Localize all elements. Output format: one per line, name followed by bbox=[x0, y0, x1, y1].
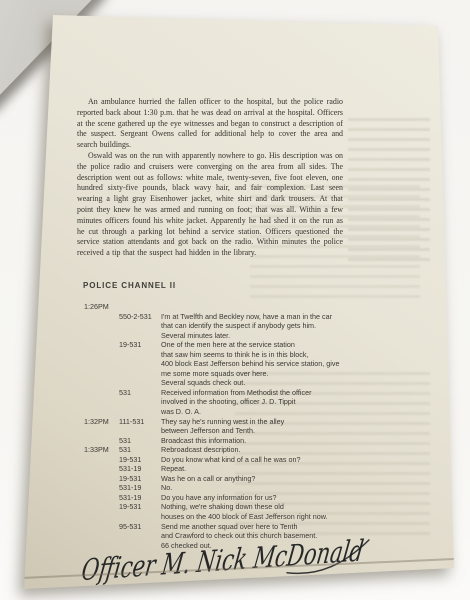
transcript-message: Several squads check out. bbox=[161, 378, 442, 388]
transcript-unit: 19-531 bbox=[119, 340, 161, 350]
transcript-row: involved in the shooting, officer J. D. … bbox=[84, 397, 442, 407]
transcript-message: that saw him seems to think he is in thi… bbox=[161, 350, 442, 360]
photo-of-book-page: An ambulance hurried the fallen officer … bbox=[0, 0, 470, 600]
transcript-unit bbox=[119, 359, 161, 369]
transcript-unit bbox=[119, 407, 161, 417]
transcript-unit: 531 bbox=[119, 388, 161, 398]
transcript-time bbox=[84, 512, 119, 522]
transcript-time bbox=[84, 331, 119, 341]
transcript-row: 550-2-531 I'm at Twelfth and Beckley now… bbox=[84, 312, 442, 322]
transcript-row: 531 Received information from Methodist … bbox=[84, 388, 442, 398]
transcript-row: 531 Broadcast this information. bbox=[84, 436, 442, 446]
transcript-message: was D. O. A. bbox=[161, 407, 442, 417]
transcript-time bbox=[84, 426, 119, 436]
transcript-rows: 1:26PM 550-2-531 I'm at Twelfth and Beck… bbox=[84, 302, 442, 550]
transcript-unit: 95-531 bbox=[119, 522, 161, 532]
paragraph-ambulance: An ambulance hurried the fallen officer … bbox=[77, 97, 343, 151]
transcript-row: 19-531 Was he on a call or anything? bbox=[84, 474, 442, 484]
transcript-unit bbox=[119, 321, 161, 331]
transcript-unit: 531 bbox=[119, 445, 161, 455]
transcript-row: 1:33PM 531 Rebroadcast description. bbox=[84, 445, 442, 455]
transcript-row: 531-19 Do you have any information for u… bbox=[84, 493, 442, 503]
book-page: An ambulance hurried the fallen officer … bbox=[0, 0, 470, 600]
transcript-unit bbox=[119, 397, 161, 407]
transcript-unit: 19-531 bbox=[119, 502, 161, 512]
transcript-message: me some more squads over here. bbox=[161, 369, 442, 379]
transcript-message: No. bbox=[161, 483, 442, 493]
transcript-time bbox=[84, 474, 119, 484]
signature-text: Officer M. Nick McDonald bbox=[80, 533, 366, 587]
transcript-time bbox=[84, 350, 119, 360]
transcript-time bbox=[84, 321, 119, 331]
transcript-unit bbox=[119, 426, 161, 436]
transcript-row: 531-19 No. bbox=[84, 483, 442, 493]
body-text: An ambulance hurried the fallen officer … bbox=[77, 97, 343, 259]
transcript-message: One of the men here at the service stati… bbox=[161, 340, 442, 350]
transcript-message: Do you have any information for us? bbox=[161, 493, 442, 503]
transcript-unit: 531-19 bbox=[119, 483, 161, 493]
transcript-unit bbox=[119, 350, 161, 360]
transcript-row: that saw him seems to think he is in thi… bbox=[84, 350, 442, 360]
transcript-time bbox=[84, 312, 119, 322]
transcript-row: 19-531 Nothing, we're shaking down these… bbox=[84, 502, 442, 512]
transcript-time bbox=[84, 455, 119, 465]
transcript-row: 531-19 Repeat. bbox=[84, 464, 442, 474]
page-shadow: An ambulance hurried the fallen officer … bbox=[0, 0, 470, 600]
transcript-message: Do you know what kind of a call he was o… bbox=[161, 455, 442, 465]
transcript-time: 1:33PM bbox=[84, 445, 119, 455]
transcript-row: was D. O. A. bbox=[84, 407, 442, 417]
transcript-time bbox=[84, 464, 119, 474]
transcript-time bbox=[84, 493, 119, 503]
transcript-row: Several minutes later. bbox=[84, 331, 442, 341]
transcript-time bbox=[84, 436, 119, 446]
transcript-row: that can identify the suspect if anybody… bbox=[84, 321, 442, 331]
transcript-unit: 19-531 bbox=[119, 455, 161, 465]
transcript-unit: 531 bbox=[119, 436, 161, 446]
transcript-message: 400 block East Jefferson behind his serv… bbox=[161, 359, 442, 369]
transcript-row: 1:26PM bbox=[84, 302, 442, 312]
transcript-unit: 531-19 bbox=[119, 493, 161, 503]
transcript-time bbox=[84, 378, 119, 388]
transcript-time bbox=[84, 502, 119, 512]
transcript-time bbox=[84, 407, 119, 417]
transcript-unit bbox=[119, 302, 161, 312]
transcript-unit bbox=[119, 378, 161, 388]
transcript-message: Was he on a call or anything? bbox=[161, 474, 442, 484]
transcript-unit: 550-2-531 bbox=[119, 312, 161, 322]
transcript-unit bbox=[119, 331, 161, 341]
transcript-message: Nothing, we're shaking down these old bbox=[161, 502, 442, 512]
transcript-unit bbox=[119, 369, 161, 379]
transcript-row: 400 block East Jefferson behind his serv… bbox=[84, 359, 442, 369]
transcript-time: 1:32PM bbox=[84, 417, 119, 427]
transcript-message: involved in the shooting, officer J. D. … bbox=[161, 397, 442, 407]
transcript-message: houses on the 400 block of East Jefferso… bbox=[161, 512, 442, 522]
transcript-message: Several minutes later. bbox=[161, 331, 442, 341]
transcript-unit: 531-19 bbox=[119, 464, 161, 474]
transcript-message: I'm at Twelfth and Beckley now, have a m… bbox=[161, 312, 442, 322]
transcript-row: 19-531 One of the men here at the servic… bbox=[84, 340, 442, 350]
transcript-message: that can identify the suspect if anybody… bbox=[161, 321, 442, 331]
section-heading: POLICE CHANNEL II bbox=[83, 281, 176, 290]
transcript-time bbox=[84, 388, 119, 398]
transcript-time bbox=[84, 483, 119, 493]
transcript-unit bbox=[119, 512, 161, 522]
transcript-message: Broadcast this information. bbox=[161, 436, 442, 446]
transcript-row: between Jefferson and Tenth. bbox=[84, 426, 442, 436]
transcript-time bbox=[84, 340, 119, 350]
transcript-unit: 111-531 bbox=[119, 417, 161, 427]
transcript-row: me some more squads over here. bbox=[84, 369, 442, 379]
transcript-row: 19-531 Do you know what kind of a call h… bbox=[84, 455, 442, 465]
transcript-unit: 19-531 bbox=[119, 474, 161, 484]
transcript-time bbox=[84, 522, 119, 532]
transcript-message: between Jefferson and Tenth. bbox=[161, 426, 442, 436]
transcript-time bbox=[84, 359, 119, 369]
transcript-time bbox=[84, 369, 119, 379]
transcript-time bbox=[84, 397, 119, 407]
transcript-time: 1:26PM bbox=[84, 302, 119, 312]
transcript-message: They say he's running west in the alley bbox=[161, 417, 442, 427]
page-edge-left bbox=[16, 12, 48, 589]
transcript-message: Rebroadcast description. bbox=[161, 445, 442, 455]
transcript-row: houses on the 400 block of East Jefferso… bbox=[84, 512, 442, 522]
transcript-row: Several squads check out. bbox=[84, 378, 442, 388]
transcript-message: Repeat. bbox=[161, 464, 442, 474]
transcript-message bbox=[161, 302, 442, 312]
transcript-message: Received information from Methodist the … bbox=[161, 388, 442, 398]
paragraph-oswald: Oswald was on the run with apparently no… bbox=[77, 151, 343, 259]
transcript-row: 1:32PM 111-531 They say he's running wes… bbox=[84, 417, 442, 427]
